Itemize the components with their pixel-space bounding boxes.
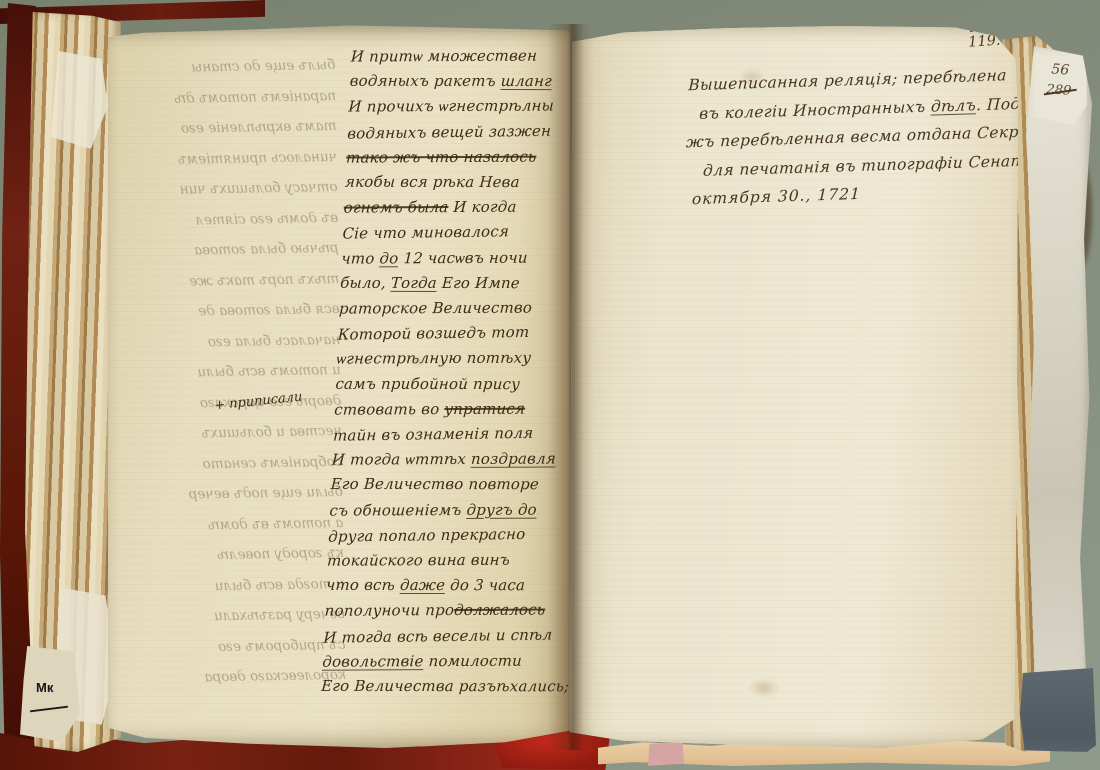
text-line: И притѡ множествен bbox=[350, 43, 587, 69]
text-line: былъ еще до станы bbox=[110, 50, 335, 84]
fragment-number-top: 56 bbox=[1051, 61, 1070, 78]
text-line: огнемъ была И когда bbox=[343, 195, 580, 221]
text-line: а потомъ въ домѣ bbox=[118, 508, 343, 542]
text-line: друга попало прекрасно bbox=[328, 521, 565, 550]
text-line: И прочихъ ѡгнестрѣлны bbox=[348, 94, 585, 120]
text-line: пополуночи продолжалось bbox=[324, 598, 561, 624]
left-manuscript-page: былъ еще до станыпараніемъ потомъ дѣтамъ… bbox=[108, 24, 570, 748]
library-stamp: Мк bbox=[36, 680, 53, 695]
text-line: Сіе что миновалося bbox=[342, 219, 579, 248]
text-line: къ городу повелѣ bbox=[119, 538, 344, 572]
text-line: тамъ вкрѣпленіе его bbox=[111, 111, 336, 145]
library-slip: Мк bbox=[20, 646, 80, 742]
text-line: ствовать во упратися bbox=[334, 396, 571, 422]
text-line: было, Тогда Его Импе bbox=[340, 271, 577, 297]
text-line: И тогда ѡттѣх поздравля bbox=[331, 447, 568, 473]
text-line: въ домѣ его сіятел bbox=[113, 203, 338, 237]
manuscript-text-left: И притѡ множественводяныхъ ракетъ шлангИ… bbox=[321, 43, 588, 700]
text-line: королевскаго двора bbox=[121, 660, 346, 694]
stamp-underline bbox=[30, 706, 68, 713]
text-line: чиналось принятіемъ bbox=[112, 142, 337, 176]
text-line: и тогда всѣ были bbox=[119, 569, 344, 603]
text-line: и потомъ всѣ были bbox=[116, 355, 341, 389]
text-line: Его Величество повторе bbox=[330, 472, 567, 498]
text-line: водяныхъ ракетъ шланг bbox=[349, 69, 586, 95]
slate-ribbon-end bbox=[1020, 668, 1096, 752]
manuscript-photo: Мк былъ еще до станыпараніемъ потомъ дѣт… bbox=[0, 0, 1100, 770]
text-line: съ приборомъ его bbox=[120, 629, 345, 663]
text-line: вечеру разъѣхали bbox=[120, 599, 345, 633]
torn-fragment-with-numbers: 56 289 bbox=[1028, 52, 1091, 126]
text-line: водяныхъ вещей зазжен bbox=[347, 118, 584, 147]
fragment-number-bottom-struck: 289 bbox=[1046, 80, 1072, 102]
text-line: параніемъ потомъ дѣ bbox=[111, 81, 336, 115]
text-line: отчасу большихъ чин bbox=[112, 172, 337, 206]
text-line: тако жъ что назалось bbox=[346, 144, 583, 170]
text-line: ѡгнестрѣлную потѣху bbox=[336, 346, 573, 372]
foxing-stain bbox=[748, 678, 780, 698]
text-line: довольствіе помилости bbox=[322, 648, 559, 674]
text-line: якобы вся рѣка Нева bbox=[344, 170, 581, 196]
pink-paper-tab bbox=[648, 742, 684, 766]
text-line: началась была его bbox=[115, 325, 340, 359]
text-line: что всѣ даже до 3 часа bbox=[325, 573, 562, 599]
foxing-stain bbox=[408, 354, 428, 368]
right-manuscript-page: 145 119. Вышеписанная реляція; перебѣлен… bbox=[570, 26, 1018, 748]
text-line: раторское Величество bbox=[338, 295, 575, 321]
text-line: тѣхъ поръ такъ же bbox=[114, 264, 339, 298]
foxing-stain bbox=[738, 68, 766, 86]
text-line: были еще подъ вечер bbox=[118, 477, 343, 511]
text-line: чества и большихъ bbox=[117, 416, 342, 450]
text-line: рѣчью была готова bbox=[113, 233, 338, 267]
text-line: И тогда всѣ веселы и спѣл bbox=[323, 622, 560, 651]
text-line: что до 12 часѡвъ ночи bbox=[341, 245, 578, 271]
text-line: съ обношеніемъ другъ до bbox=[329, 497, 566, 523]
text-line: самъ прибойной прису bbox=[335, 371, 572, 397]
text-line: собраніемъ сенато bbox=[117, 447, 342, 481]
text-line: Которой возшедъ тот bbox=[337, 320, 574, 349]
archivist-note: Вышеписанная реляція; перебѣленавъ колег… bbox=[683, 61, 1028, 214]
text-line: токайского вина винъ bbox=[326, 547, 563, 573]
ink-show-through-text: былъ еще до станыпараніемъ потомъ дѣтамъ… bbox=[110, 50, 347, 719]
text-line: вся была готова де bbox=[114, 294, 339, 328]
text-line: тайн въ ознаменія поля bbox=[333, 420, 570, 449]
text-line: Его Величества разъѣхались; bbox=[321, 674, 558, 700]
